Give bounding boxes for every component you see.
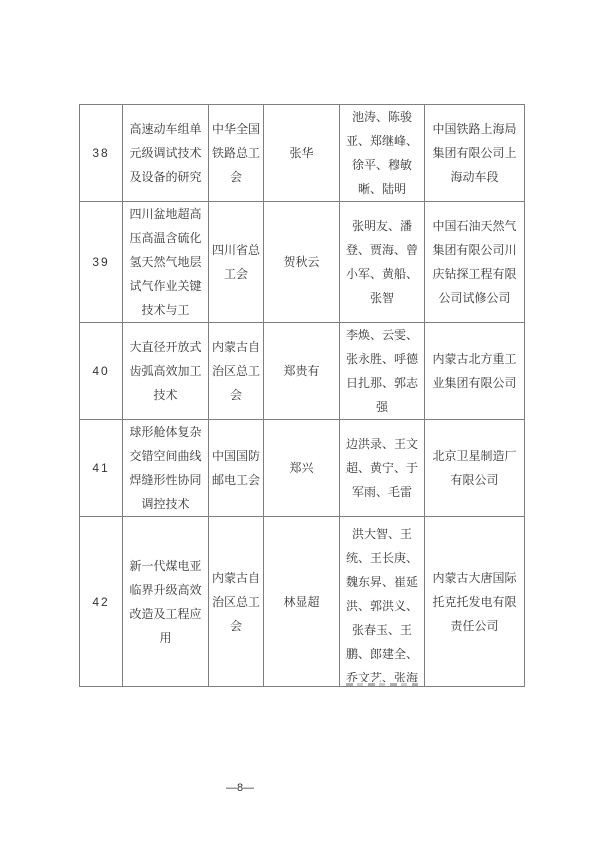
project-title-cell: 高速动车组单元级调试技术及设备的研究 [123, 105, 209, 202]
leader-cell: 张华 [264, 105, 340, 202]
table-row: 41 球形舱体复杂交错空间曲线焊缝形性协同调控技术 中国国防邮电工会 郑兴 边洪… [80, 420, 525, 517]
members-cell: 洪大智、王统、王长庚、魏东昇、崔延洪、郭洪义、张春玉、王鹏、郎建全、乔文艺、张海… [340, 517, 425, 687]
leader-cell: 林显超 [264, 517, 340, 687]
clipped-text-line [346, 683, 418, 686]
table-row: 38 高速动车组单元级调试技术及设备的研究 中华全国铁路总工会 张华 池涛、陈骏… [80, 105, 525, 202]
row-number-cell: 41 [80, 420, 123, 517]
project-title-cell: 球形舱体复杂交错空间曲线焊缝形性协同调控技术 [123, 420, 209, 517]
page-number: —8— [224, 782, 256, 794]
project-title-cell: 新一代煤电亚临界升级高效改造及工程应用 [123, 517, 209, 687]
leader-cell: 贺秋云 [264, 202, 340, 323]
company-cell: 内蒙古北方重工业集团有限公司 [425, 323, 525, 420]
leader-cell: 郑兴 [264, 420, 340, 517]
union-cell: 四川省总工会 [209, 202, 264, 323]
members-text: 洪大智、王统、王长庚、魏东昇、崔延洪、郭洪义、张春玉、王鹏、郎建全、乔文艺、张海… [342, 522, 422, 682]
union-cell: 中国国防邮电工会 [209, 420, 264, 517]
union-cell: 内蒙古自治区总工会 [209, 517, 264, 687]
company-cell: 北京卫星制造厂有限公司 [425, 420, 525, 517]
members-cell: 边洪录、王文超、黄宁、于军雨、毛雷 [340, 420, 425, 517]
table-row: 42 新一代煤电亚临界升级高效改造及工程应用 内蒙古自治区总工会 林显超 洪大智… [80, 517, 525, 687]
project-title-cell: 四川盆地超高压高温含硫化氢天然气地层试气作业关键技术与工 [123, 202, 209, 323]
union-cell: 内蒙古自治区总工会 [209, 323, 264, 420]
awards-table: 38 高速动车组单元级调试技术及设备的研究 中华全国铁路总工会 张华 池涛、陈骏… [79, 104, 525, 687]
company-cell: 中国石油天然气集团有限公司川庆钻探工程有限公司试修公司 [425, 202, 525, 323]
members-cell: 李焕、云雯、张永胜、呼德日扎那、郭志强 [340, 323, 425, 420]
row-number-cell: 38 [80, 105, 123, 202]
project-title-cell: 大直径开放式齿弧高效加工技术 [123, 323, 209, 420]
leader-cell: 郑贵有 [264, 323, 340, 420]
row-number-cell: 39 [80, 202, 123, 323]
table-row: 40 大直径开放式齿弧高效加工技术 内蒙古自治区总工会 郑贵有 李焕、云雯、张永… [80, 323, 525, 420]
members-cell: 池涛、陈骏亚、郑继峰、徐平、穆敏晰、陆明 [340, 105, 425, 202]
document-page: 38 高速动车组单元级调试技术及设备的研究 中华全国铁路总工会 张华 池涛、陈骏… [0, 0, 595, 842]
company-cell: 中国铁路上海局集团有限公司上海动车段 [425, 105, 525, 202]
members-cell: 张明友、潘登、贾海、曾小军、黄船、张智 [340, 202, 425, 323]
table-row: 39 四川盆地超高压高温含硫化氢天然气地层试气作业关键技术与工 四川省总工会 贺… [80, 202, 525, 323]
union-cell: 中华全国铁路总工会 [209, 105, 264, 202]
row-number-cell: 42 [80, 517, 123, 687]
row-number-cell: 40 [80, 323, 123, 420]
company-cell: 内蒙古大唐国际托克托发电有限责任公司 [425, 517, 525, 687]
